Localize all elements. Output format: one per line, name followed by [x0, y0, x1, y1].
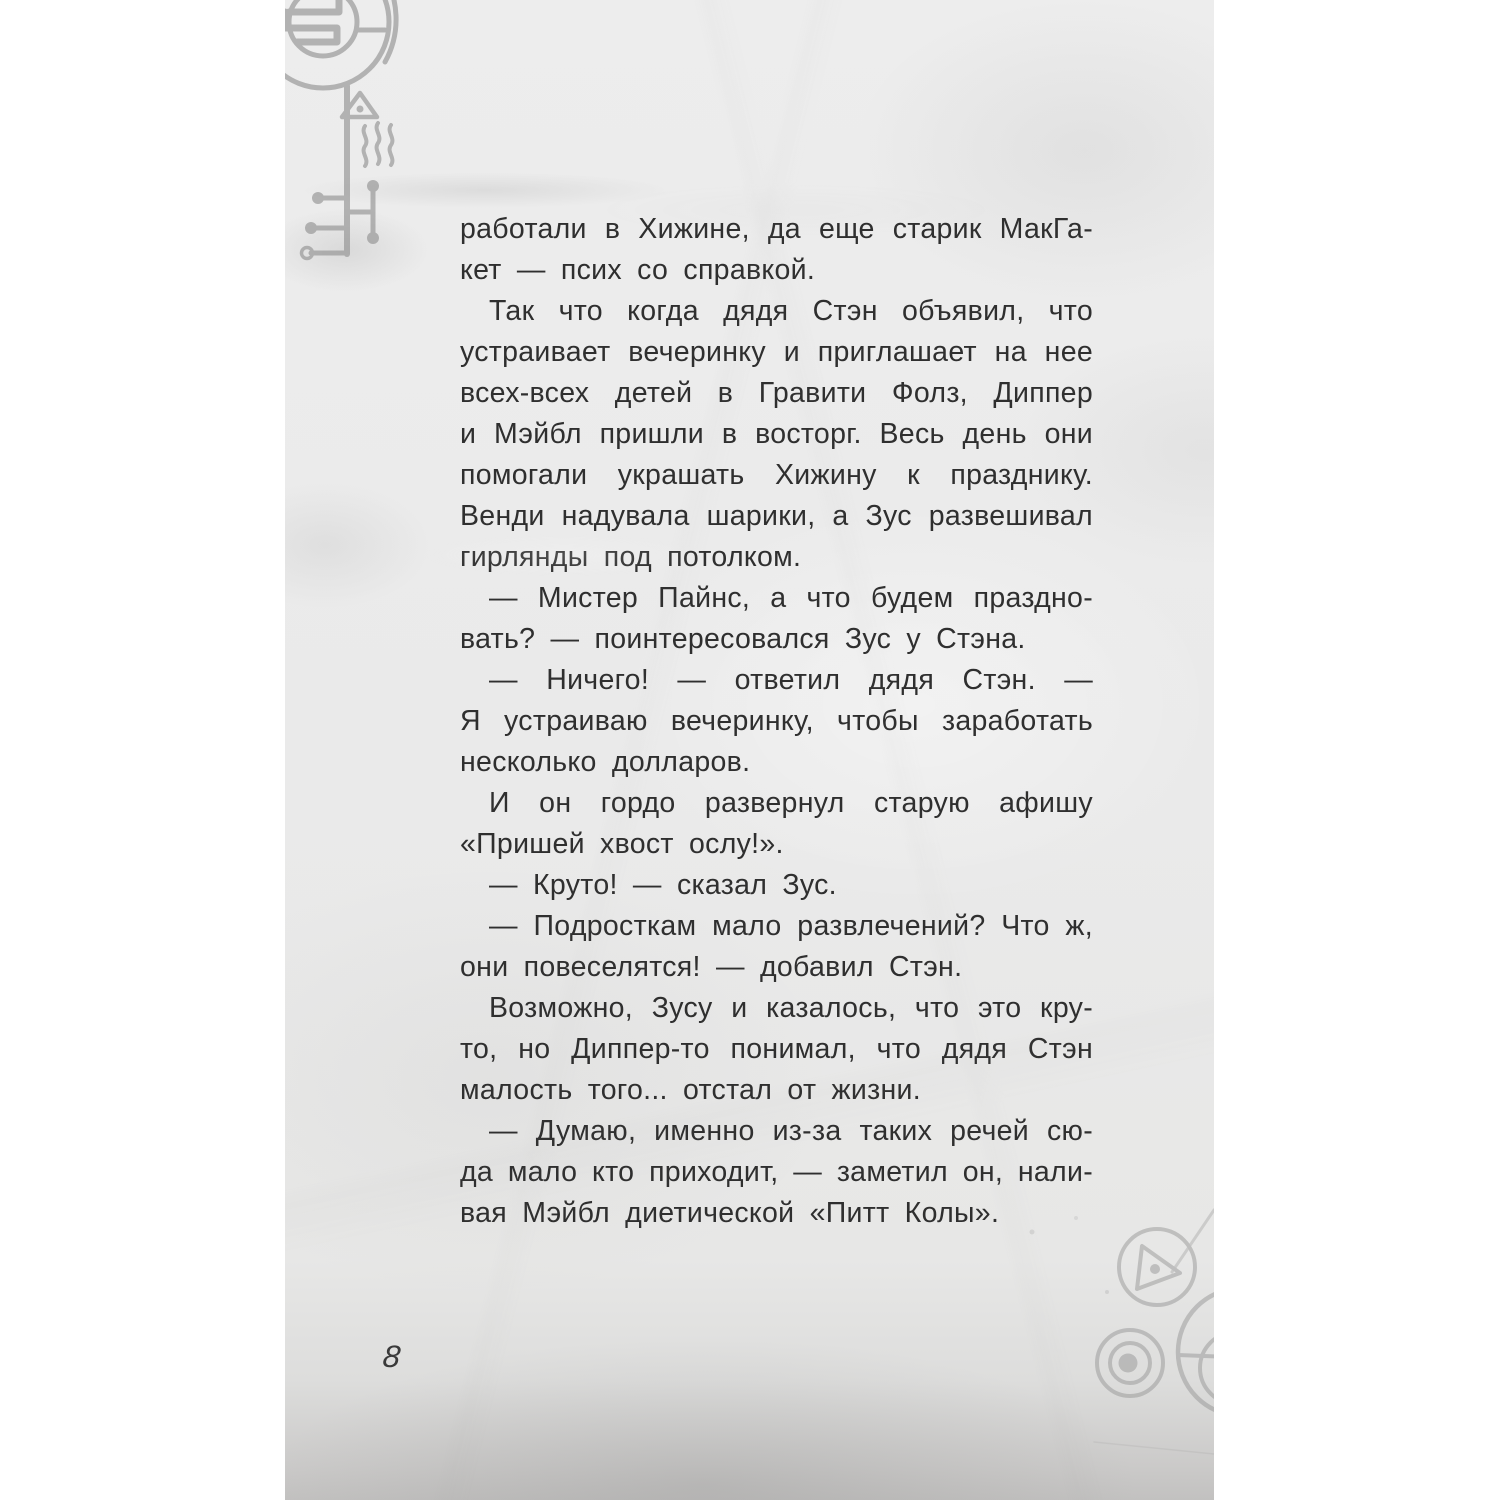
- text-line: — Думаю, именно из-за таких речей сю-: [460, 1111, 1093, 1152]
- triangle-in-circle-icon: [1119, 1210, 1214, 1305]
- body-text: работали в Хижине, да еще старик МакГа-к…: [460, 209, 1093, 1234]
- text-line: всех-всех детей в Гравити Фолз, Диппер: [460, 373, 1093, 414]
- text-line: то, но Диппер-то понимал, что дядя Стэн: [460, 1029, 1093, 1070]
- text-line: да мало кто приходит, — заметил он, нали…: [460, 1152, 1093, 1193]
- text-line: — Ничего! — ответил дядя Стэн. —: [460, 660, 1093, 701]
- text-line: — Мистер Пайнс, а что будем праздно-: [460, 578, 1093, 619]
- text-line: устраивает вечеринку и приглашает на нее: [460, 332, 1093, 373]
- text-line: — Круто! — сказал Зус.: [460, 865, 1093, 906]
- text-line: И он гордо развернул старую афишу: [460, 783, 1093, 824]
- text-line: и Мэйбл пришли в восторг. Весь день они: [460, 414, 1093, 455]
- text-line: помогали украшать Хижину к празднику.: [460, 455, 1093, 496]
- text-line: несколько долларов.: [460, 742, 1093, 783]
- text-line: работали в Хижине, да еще старик МакГа-: [460, 209, 1093, 250]
- crossed-circle-icon: [1178, 1288, 1214, 1416]
- bullseye-icon: [1097, 1330, 1163, 1396]
- text-line: Венди надувала шарики, а Зус развешивал: [460, 496, 1093, 537]
- text-line: — Подросткам мало развлечений? Что ж,: [460, 906, 1093, 947]
- text-line: кет — псих со справкой.: [460, 250, 1093, 291]
- text-line: Так что когда дядя Стэн объявил, что: [460, 291, 1093, 332]
- journal-symbol-icon: [285, 0, 471, 290]
- text-line: Возможно, Зусу и казалось, что это кру-: [460, 988, 1093, 1029]
- text-line: Я устраиваю вечеринку, чтобы заработать: [460, 701, 1093, 742]
- text-line: гирлянды под потолком.: [460, 537, 1093, 578]
- page-number: 8: [381, 1336, 425, 1377]
- text-line: вая Мэйбл диетической «Питт Колы».: [460, 1193, 1093, 1234]
- text-line: они повеселятся! — добавил Стэн.: [460, 947, 1093, 988]
- text-line: «Пришей хвост ослу!».: [460, 824, 1093, 865]
- book-page: работали в Хижине, да еще старик МакГа-к…: [285, 0, 1214, 1500]
- text-line: малость того... отстал от жизни.: [460, 1070, 1093, 1111]
- text-line: вать? — поинтересовался Зус у Стэна.: [460, 619, 1093, 660]
